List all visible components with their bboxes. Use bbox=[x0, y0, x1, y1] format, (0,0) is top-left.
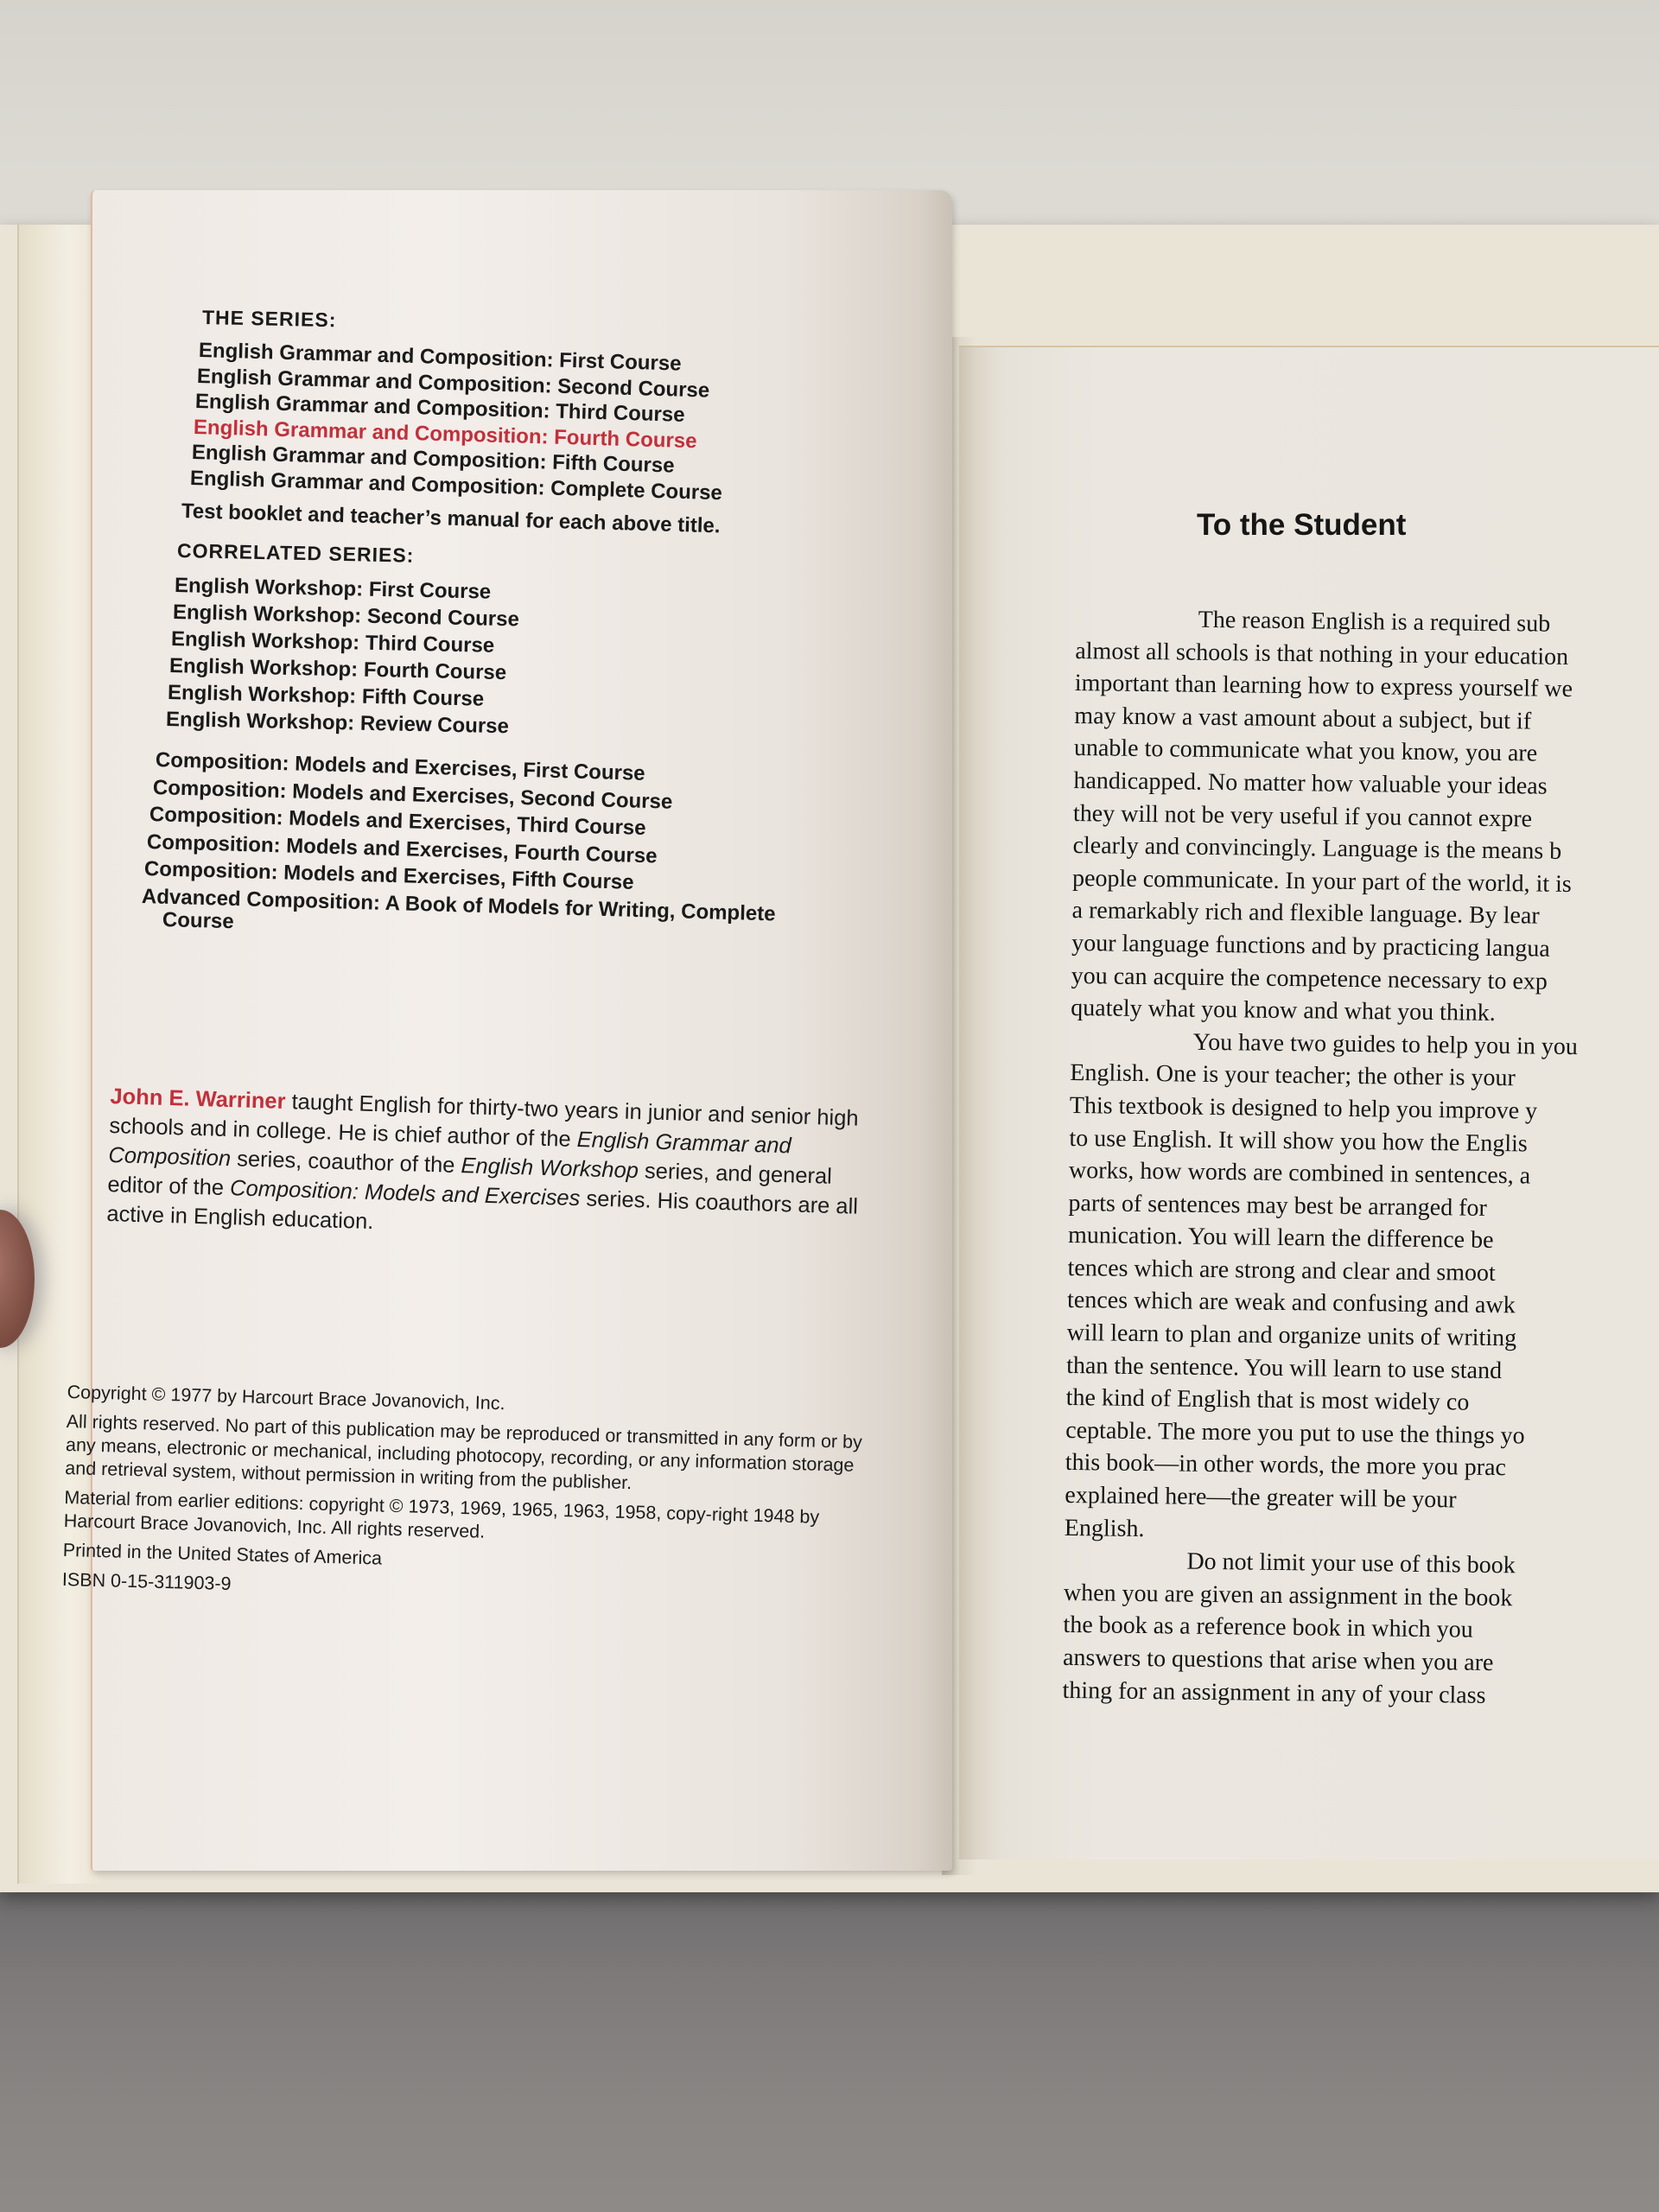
correlated-heading: CORRELATED SERIES: bbox=[177, 539, 415, 568]
intro-body: The reason English is a required subalmo… bbox=[1062, 602, 1659, 1716]
rights-statement: All rights reserved. No part of this pub… bbox=[65, 1410, 887, 1502]
copyright-block: Copyright © 1977 by Harcourt Brace Jovan… bbox=[61, 1381, 887, 1619]
page-title: To the Student bbox=[1197, 508, 1406, 543]
author-bio: John E. Warriner taught English for thir… bbox=[106, 1082, 888, 1252]
composition-title: Course bbox=[162, 908, 234, 934]
author-name: John E. Warriner bbox=[110, 1084, 286, 1114]
cover-edge bbox=[17, 225, 101, 1884]
table-surface bbox=[0, 1875, 1659, 2212]
series-heading: THE SERIES: bbox=[202, 306, 337, 332]
